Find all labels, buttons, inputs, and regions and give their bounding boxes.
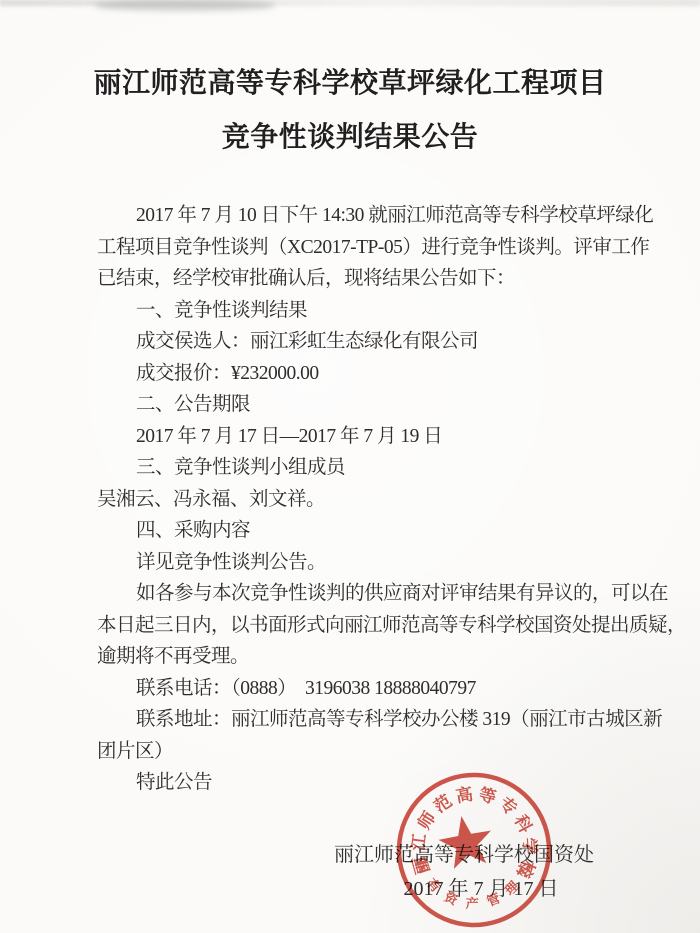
body-line: 2017 年 7 月 17 日—2017 年 7 月 19 日 (97, 421, 657, 453)
body-line: 四、采购内容 (97, 515, 657, 547)
body-line: 一、竞争性谈判结果 (97, 295, 657, 327)
body-line: 2017 年 7 月 10 日下午 14:30 就丽江师范高等专科学校草坪绿化 (97, 200, 657, 232)
scan-artifact-smudge (95, 0, 275, 11)
svg-text:科: 科 (511, 812, 537, 837)
body-line: 逾期将不再受理。 (97, 641, 657, 673)
body-line: 本日起三日内，以书面形式向丽江师范高等专科学校国资处提出质疑， (97, 610, 657, 642)
document-page: 丽江师范高等专科学校草坪绿化工程项目 竞争性谈判结果公告 2017 年 7 月 … (0, 0, 700, 933)
signature-org: 丽江师范高等专科学校国资处 (334, 838, 596, 872)
body-line: 特此公告 (97, 767, 657, 799)
signature-date: 2017 年 7 月 17 日 (350, 872, 612, 906)
body-line: 详见竞争性谈判公告。 (97, 547, 657, 579)
document-body: 2017 年 7 月 10 日下午 14:30 就丽江师范高等专科学校草坪绿化工… (97, 200, 657, 799)
body-line: 联系地址：丽江师范高等专科学校办公楼 319（丽江市古城区新 (97, 704, 657, 736)
body-line: 工程项目竞争性谈判（XC2017-TP-05）进行竞争性谈判。评审工作 (97, 232, 657, 264)
body-line: 成交报价：¥232000.00 (97, 358, 657, 390)
body-line: 三、竞争性谈判小组成员 (97, 452, 657, 484)
document-title: 丽江师范高等专科学校草坪绿化工程项目 竞争性谈判结果公告 (0, 57, 700, 165)
body-line: 吴湘云、冯永福、刘文祥。 (97, 484, 657, 516)
body-line: 已结束，经学校审批确认后，现将结果公告如下： (97, 263, 657, 295)
body-line: 团片区） (97, 736, 657, 768)
body-line: 联系电话：（0888） 3196038 18888040797 (97, 673, 657, 705)
signature-block: 丽江师范高等专科学校国资处 2017 年 7 月 17 日 (334, 838, 596, 906)
body-line: 二、公告期限 (97, 389, 657, 421)
body-line: 成交侯选人：丽江彩虹生态绿化有限公司 (97, 326, 657, 358)
body-line: 如各参与本次竞争性谈判的供应商对评审结果有异议的，可以在 (97, 578, 657, 610)
title-line-2: 竞争性谈判结果公告 (0, 111, 700, 165)
svg-text:师: 师 (414, 808, 440, 833)
title-line-1: 丽江师范高等专科学校草坪绿化工程项目 (0, 57, 700, 111)
